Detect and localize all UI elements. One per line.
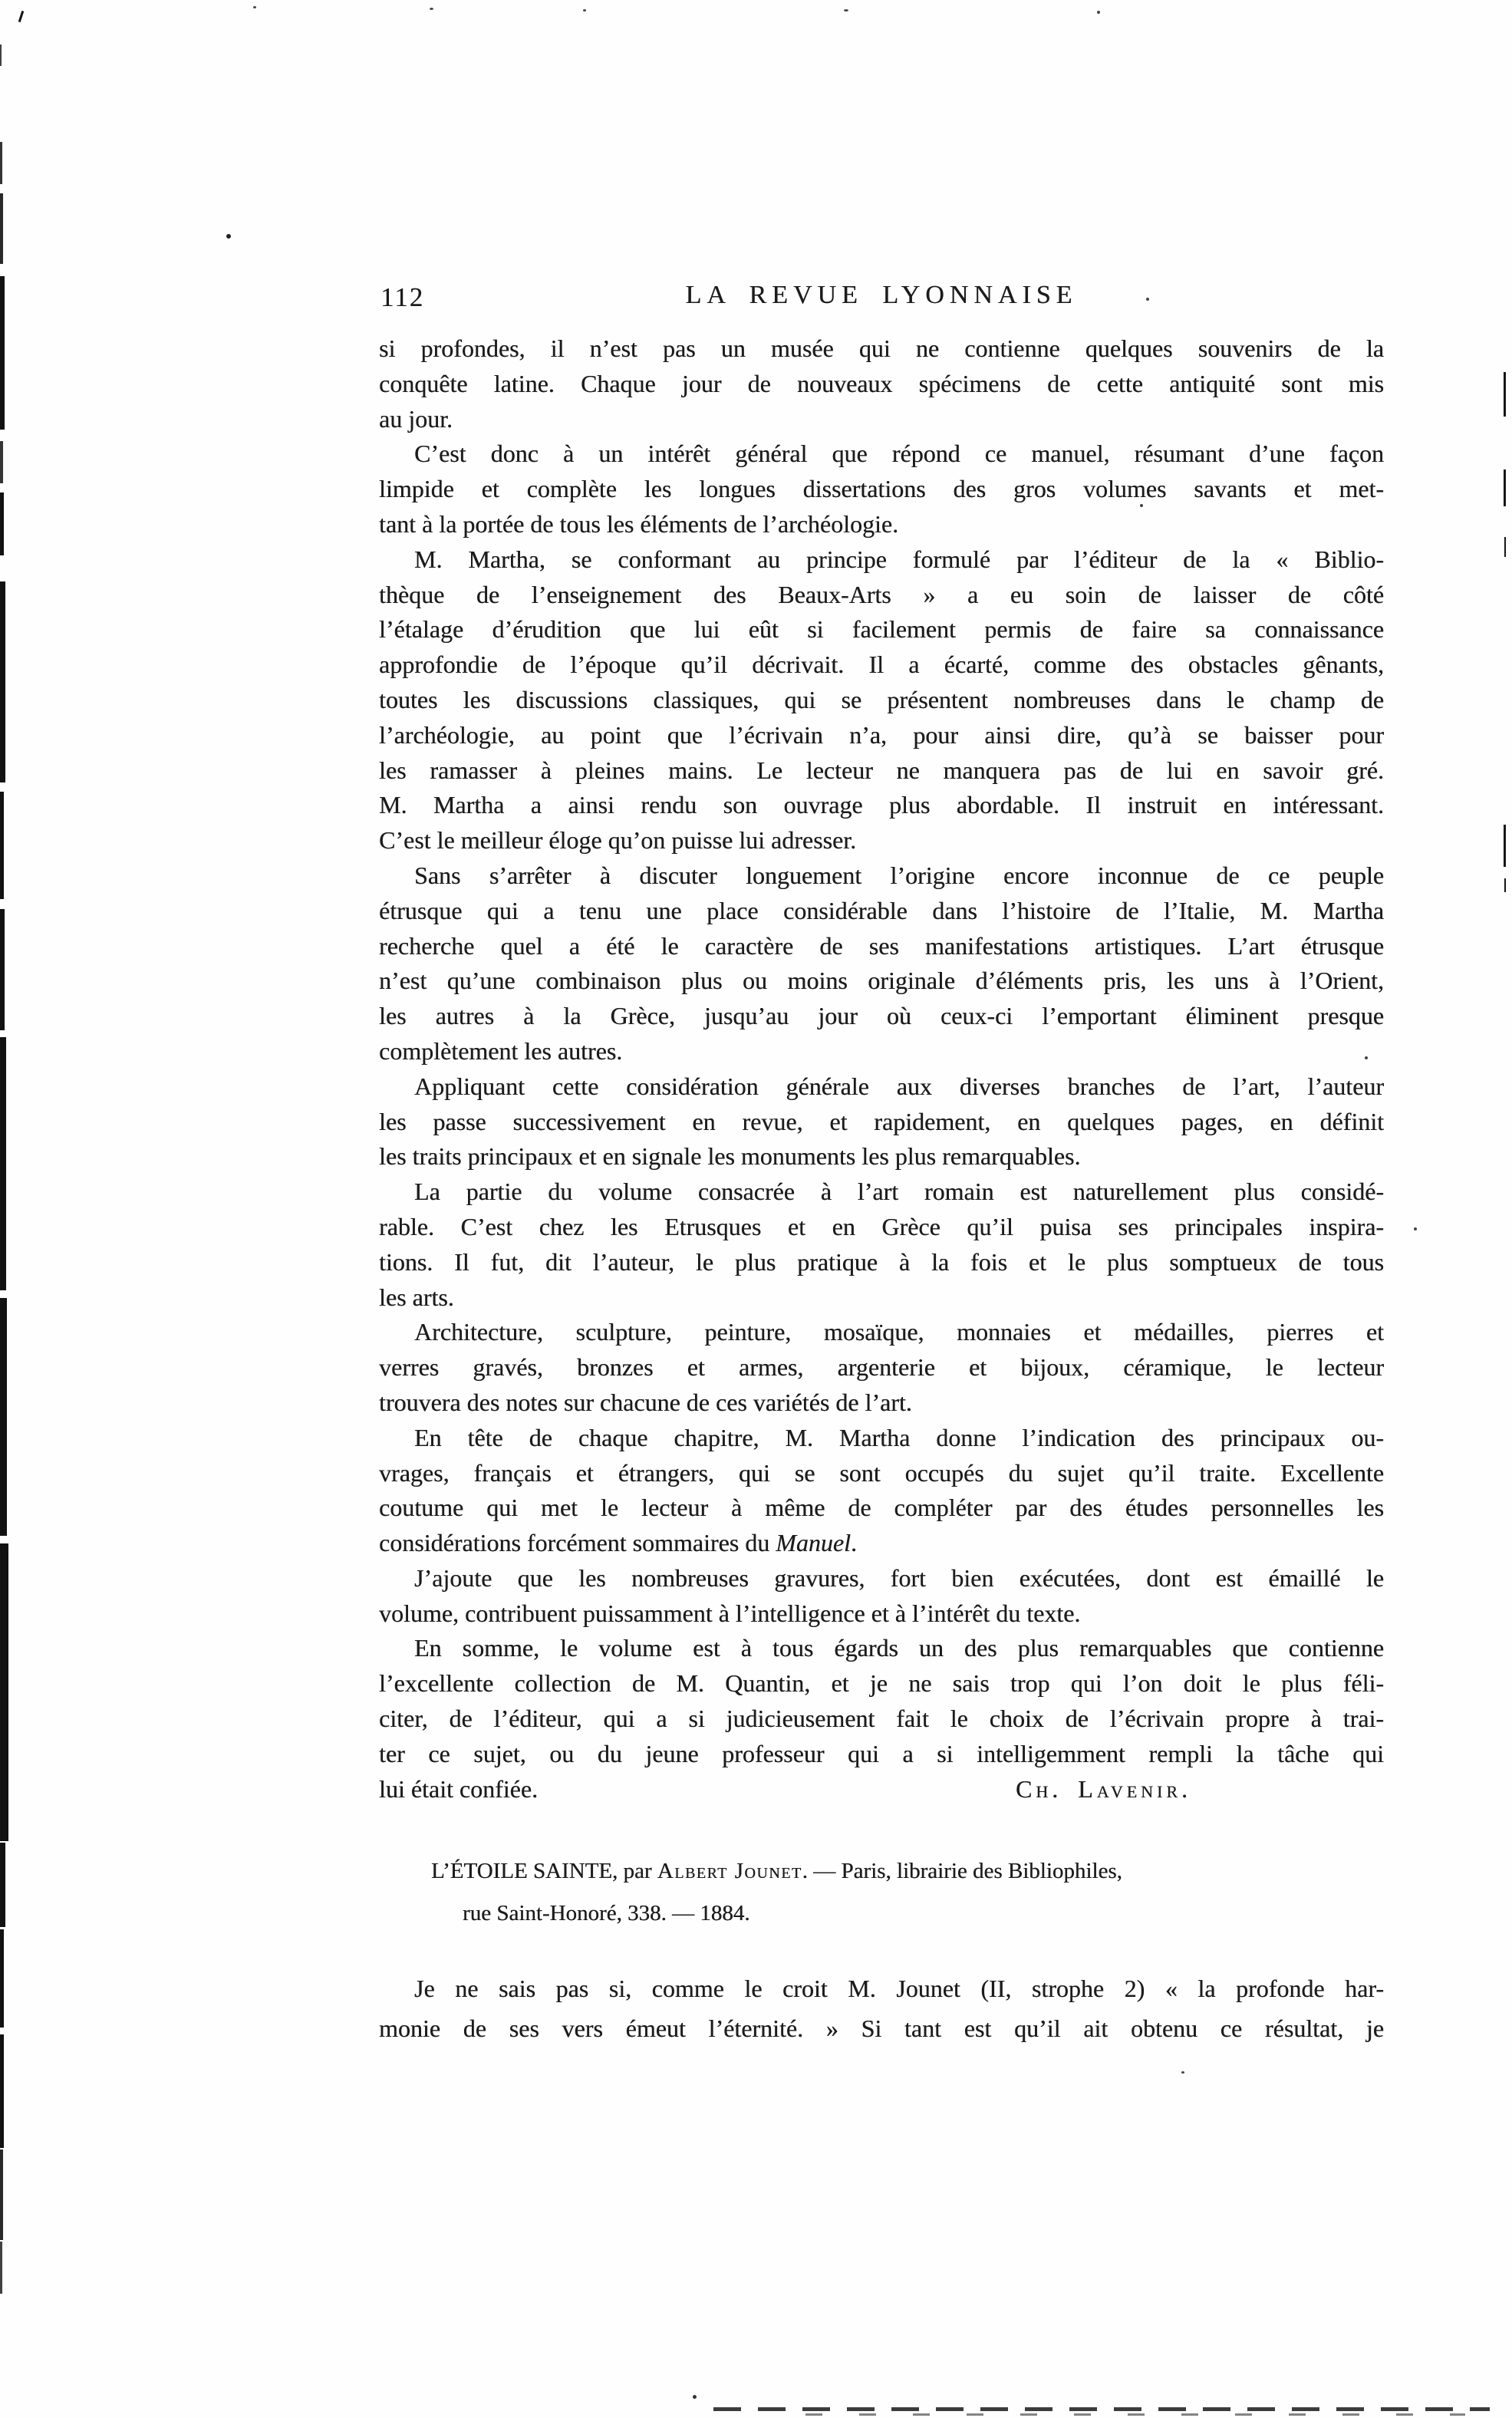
text-line: si profondes, il n’est pas un musée qui … [379, 331, 1384, 367]
scan-speck [844, 9, 848, 12]
text-line: La partie du volume consacrée à l’art ro… [379, 1174, 1384, 1210]
text-line: considérations forcément sommaires du Ma… [379, 1526, 1384, 1561]
right-edge-scan-artifact [1504, 878, 1506, 892]
right-edge-scan-artifact [1504, 469, 1506, 506]
text-line: au jour. [379, 402, 1384, 437]
scan-speck [583, 9, 586, 12]
paragraph: Je ne sais pas si, comme le croit M. Jou… [379, 1968, 1384, 2048]
paragraph: En somme, le volume est à tous égards un… [379, 1631, 1384, 1807]
article-paragraphs: si profondes, il n’est pas un musée qui … [379, 331, 1384, 1807]
scanned-journal-page: 112 LA REVUE LYONNAISE si profondes, il … [0, 0, 1512, 2418]
scan-speck [18, 11, 24, 22]
text-line: l’excellente collection de M. Quantin, e… [379, 1666, 1384, 1701]
scan-speck [1181, 2071, 1184, 2074]
text-line: vrages, français et étrangers, qui se so… [379, 1456, 1384, 1491]
scan-speck [226, 234, 231, 239]
text-line: recherche quel a été le caractère de ses… [379, 929, 1384, 964]
bottom-edge-scan-artifact [713, 2407, 1490, 2411]
text-line: Je ne sais pas si, comme le croit M. Jou… [379, 1968, 1384, 2008]
text-line: Sans s’arrêter à discuter longuement l’o… [379, 858, 1384, 894]
text-line: En tête de chaque chapitre, M. Martha do… [379, 1421, 1384, 1456]
paragraph: Sans s’arrêter à discuter longuement l’o… [379, 858, 1384, 1069]
scan-speck [253, 6, 256, 8]
signature-row: lui était confiée.Ch. Lavenir. [379, 1772, 1384, 1807]
left-binding-scan-artifact [0, 0, 12, 2418]
scan-speck [1140, 504, 1143, 507]
paragraph: En tête de chaque chapitre, M. Martha do… [379, 1421, 1384, 1561]
text-line: Architecture, sculpture, peinture, mosaï… [379, 1315, 1384, 1350]
text-line: C’est le meilleur éloge qu’on puisse lui… [379, 823, 1384, 858]
text-line: les traits principaux et en signale les … [379, 1139, 1384, 1174]
page-header: 112 LA REVUE LYONNAISE [379, 281, 1384, 316]
review-body-paragraphs: Je ne sais pas si, comme le croit M. Jou… [379, 1968, 1384, 2048]
text-line: M. Martha a ainsi rendu son ouvrage plus… [379, 788, 1384, 823]
paragraph: La partie du volume consacrée à l’art ro… [379, 1174, 1384, 1315]
text-line: C’est donc à un intérêt général que répo… [379, 436, 1384, 472]
scan-speck [693, 2395, 697, 2399]
scan-speck [1146, 298, 1149, 301]
closing-text: lui était confiée. [379, 1772, 538, 1807]
paragraph: C’est donc à un intérêt général que répo… [379, 436, 1384, 542]
paragraph: J’ajoute que les nombreuses gravures, fo… [379, 1561, 1384, 1632]
text-line: les autres à la Grèce, jusqu’au jour où … [379, 999, 1384, 1034]
text-line: Appliquant cette considération générale … [379, 1069, 1384, 1105]
text-line: coutume qui met le lecteur à même de com… [379, 1491, 1384, 1526]
text-line: verres gravés, bronzes et armes, argente… [379, 1350, 1384, 1385]
text-line: les ramasser à pleines mains. Le lecteur… [379, 753, 1384, 789]
text-line: J’ajoute que les nombreuses gravures, fo… [379, 1561, 1384, 1596]
text-line: ter ce sujet, ou du jeune professeur qui… [379, 1737, 1384, 1772]
text-line: limpide et complète les longues disserta… [379, 472, 1384, 507]
right-edge-scan-artifact [1504, 537, 1506, 557]
paragraph: si profondes, il n’est pas un musée qui … [379, 331, 1384, 436]
text-line: l’archéologie, au point que l’écrivain n… [379, 718, 1384, 753]
text-line: l’étalage d’érudition que lui eût si fac… [379, 612, 1384, 647]
text-line: rable. C’est chez les Etrusques et en Gr… [379, 1210, 1384, 1245]
text-line: les arts. [379, 1280, 1384, 1316]
text-line: tions. Il fut, dit l’auteur, le plus pra… [379, 1245, 1384, 1280]
text-line: les passe successivement en revue, et ra… [379, 1105, 1384, 1140]
text-line: conquête latine. Chaque jour de nouveaux… [379, 367, 1384, 402]
right-edge-scan-artifact [1504, 372, 1506, 417]
text-line: monie de ses vers émeut l’éternité. » Si… [379, 2008, 1384, 2048]
paragraph: Appliquant cette considération générale … [379, 1069, 1384, 1174]
scan-speck [430, 8, 433, 10]
text-line: complètement les autres. [379, 1034, 1384, 1069]
scan-speck [1097, 11, 1100, 14]
paragraph: M. Martha, se conformant au principe for… [379, 542, 1384, 858]
text-line: En somme, le volume est à tous égards un… [379, 1631, 1384, 1666]
paragraph: Architecture, sculpture, peinture, mosaï… [379, 1315, 1384, 1420]
scan-speck [1365, 1056, 1368, 1059]
bottom-edge-scan-artifact [805, 2413, 1465, 2416]
author-signature: Ch. Lavenir. [1016, 1772, 1191, 1807]
text-line: volume, contribuent puissamment à l’inte… [379, 1596, 1384, 1632]
text-line: n’est qu’une combinaison plus ou moins o… [379, 964, 1384, 999]
journal-title: LA REVUE LYONNAISE [379, 281, 1384, 310]
right-edge-scan-artifact [1504, 825, 1506, 867]
bibliographic-heading-line: L’ÉTOILE SAINTE, par Albert Jounet. — Pa… [431, 1850, 1382, 1893]
text-line: toutes les discussions classiques, qui s… [379, 683, 1384, 718]
text-line: M. Martha, se conformant au principe for… [379, 542, 1384, 578]
text-line: tant à la portée de tous les éléments de… [379, 507, 1384, 542]
text-line: approfondie de l’époque qu’il décrivait.… [379, 647, 1384, 683]
text-line: trouvera des notes sur chacune de ces va… [379, 1385, 1384, 1421]
scan-speck [1414, 1227, 1417, 1230]
review-bibliographic-heading: L’ÉTOILE SAINTE, par Albert Jounet. — Pa… [431, 1850, 1382, 1935]
text-line: citer, de l’éditeur, qui a si judicieuse… [379, 1701, 1384, 1737]
text-line: thèque de l’enseignement des Beaux-Arts … [379, 578, 1384, 613]
bibliographic-heading-line: rue Saint-Honoré, 338. — 1884. [463, 1893, 1382, 1935]
page-number: 112 [380, 282, 424, 313]
text-line: étrusque qui a tenu une place considérab… [379, 894, 1384, 929]
